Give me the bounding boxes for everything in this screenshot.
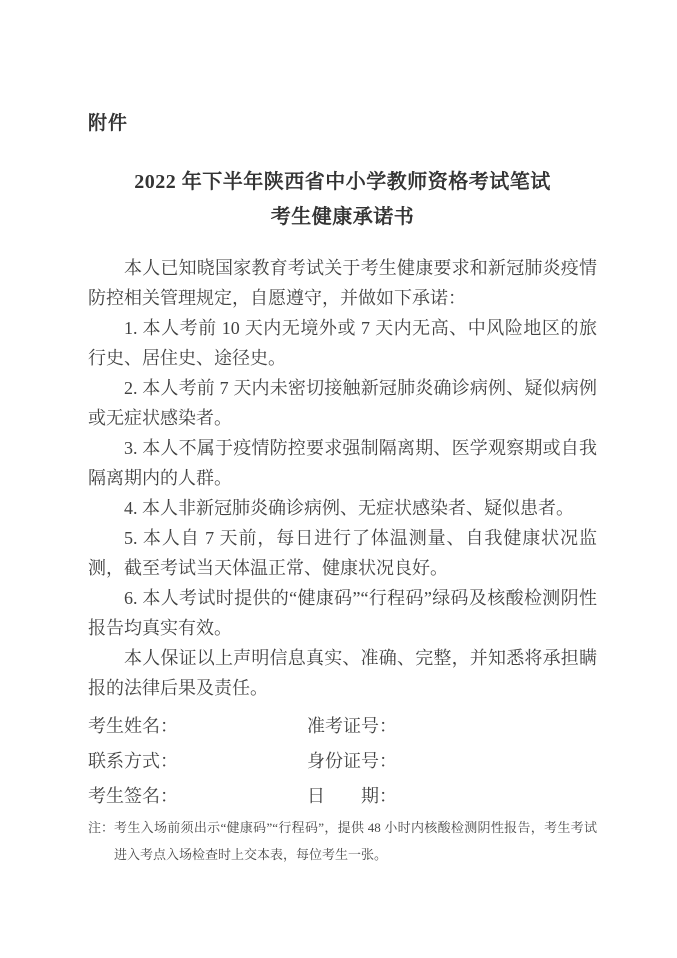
examinee-name-label: 考生姓名： bbox=[88, 709, 307, 744]
document-page: 附件 2022 年下半年陕西省中小学教师资格考试笔试 考生健康承诺书 本人已知晓… bbox=[0, 0, 677, 958]
footnote-label: 注： bbox=[88, 814, 114, 868]
body-paragraph-intro: 本人已知晓国家教育考试关于考生健康要求和新冠肺炎疫情防控相关管理规定，自愿遵守，… bbox=[88, 253, 597, 313]
document-title: 2022 年下半年陕西省中小学教师资格考试笔试 考生健康承诺书 bbox=[88, 165, 597, 235]
contact-info-label: 联系方式： bbox=[88, 744, 307, 779]
body-paragraph-item-1: 1. 本人考前 10 天内无境外或 7 天内无高、中风险地区的旅行史、居住史、途… bbox=[88, 313, 597, 373]
body-paragraph-item-2: 2. 本人考前 7 天内未密切接触新冠肺炎确诊病例、疑似病例或无症状感染者。 bbox=[88, 373, 597, 433]
footnote: 注： 考生入场前须出示“健康码”“行程码”，提供 48 小时内核酸检测阴性报告，… bbox=[88, 814, 597, 868]
date-label: 日 期： bbox=[307, 779, 597, 814]
footnote-text: 考生入场前须出示“健康码”“行程码”，提供 48 小时内核酸检测阴性报告，考生考… bbox=[114, 814, 597, 868]
body-paragraph-item-3: 3. 本人不属于疫情防控要求强制隔离期、医学观察期或自我隔离期内的人群。 bbox=[88, 433, 597, 493]
form-row-2: 联系方式： 身份证号： bbox=[88, 744, 597, 779]
id-number-label: 身份证号： bbox=[307, 744, 597, 779]
body-paragraph-item-4: 4. 本人非新冠肺炎确诊病例、无症状感染者、疑似患者。 bbox=[88, 493, 597, 523]
body-paragraph-closing: 本人保证以上声明信息真实、准确、完整，并知悉将承担瞒报的法律后果及责任。 bbox=[88, 643, 597, 703]
admission-ticket-number-label: 准考证号： bbox=[307, 709, 597, 744]
attachment-label: 附件 bbox=[88, 113, 597, 135]
body-paragraph-item-6: 6. 本人考试时提供的“健康码”“行程码”绿码及核酸检测阴性报告均真实有效。 bbox=[88, 583, 597, 643]
document-title-line-1: 2022 年下半年陕西省中小学教师资格考试笔试 bbox=[88, 165, 597, 200]
body-paragraph-item-5: 5. 本人自 7 天前，每日进行了体温测量、自我健康状况监测，截至考试当天体温正… bbox=[88, 523, 597, 583]
document-body: 本人已知晓国家教育考试关于考生健康要求和新冠肺炎疫情防控相关管理规定，自愿遵守，… bbox=[88, 253, 597, 703]
form-row-1: 考生姓名： 准考证号： bbox=[88, 709, 597, 744]
form-row-3: 考生签名： 日 期： bbox=[88, 779, 597, 814]
document-title-line-2: 考生健康承诺书 bbox=[88, 200, 597, 235]
signature-form: 考生姓名： 准考证号： 联系方式： 身份证号： 考生签名： 日 期： bbox=[88, 709, 597, 814]
examinee-signature-label: 考生签名： bbox=[88, 779, 307, 814]
